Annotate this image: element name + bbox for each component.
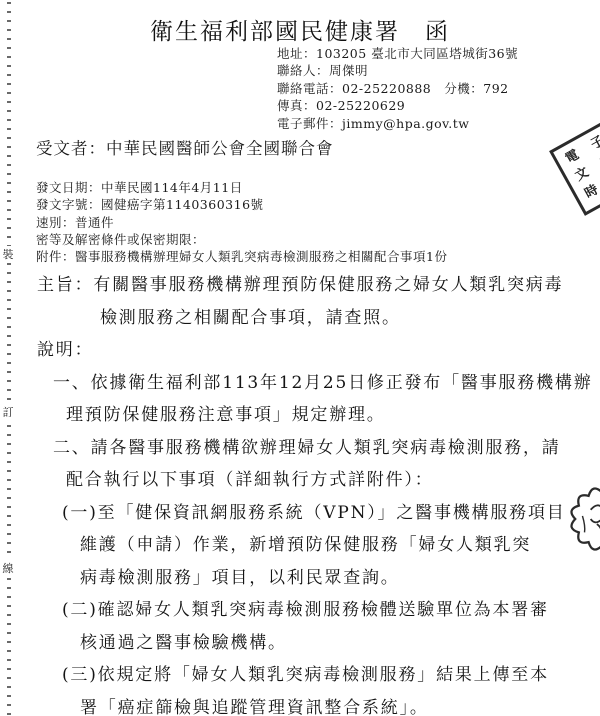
body-line: 理預防保健服務注意事項」規定辦理。 (0, 399, 600, 432)
body-line-subitem-3: (三)依規定將「婦女人類乳突病毒檢測服務」結果上傳至本 (0, 659, 600, 692)
electronic-exchange-stamp: 電文時 子交換 (549, 120, 600, 216)
meta-attachment: 附件：醫事服務機構辦理婦女人類乳突病毒檢測服務之相關配合事項1份 (36, 248, 447, 265)
body-line: 維護（申請）作業，新增預防保健服務「婦女人類乳突 (0, 529, 600, 562)
perforation-seal-icon (566, 483, 600, 555)
meta-issue-date: 發文日期：中華民國114年4月11日 (36, 179, 447, 196)
meta-security: 密等及解密條件或保密期限： (36, 231, 447, 248)
body-line: 病毒檢測服務」項目，以利民眾查詢。 (0, 562, 600, 595)
sender-fax: 傳真：02-25220629 (277, 97, 518, 114)
document-title: 衛生福利部國民健康署 函 (0, 13, 600, 46)
meta-speed: 速別：普通件 (36, 214, 447, 231)
body-line: 署「癌症篩檢與追蹤管理資訊整合系統」。 (0, 692, 600, 716)
meta-doc-number: 發文字號：國健癌字第1140360316號 (36, 196, 447, 213)
body-line-subitem-1: (一)至「健保資訊網服務系統（VPN）」之醫事機構服務項目 (0, 497, 600, 530)
sender-contact-person: 聯絡人：周傑明 (277, 62, 518, 79)
body-line-subject: 主旨：有關醫事服務機構辦理預防保健服務之婦女人類乳突病毒 (0, 269, 600, 302)
sender-email: 電子郵件：jimmy@hpa.gov.tw (277, 115, 518, 132)
letter-body: 主旨：有關醫事服務機構辦理預防保健服務之婦女人類乳突病毒 檢測服務之相關配合事項… (0, 269, 600, 716)
body-line: 檢測服務之相關配合事項，請查照。 (0, 302, 600, 335)
sender-phone: 聯絡電話：02-25220888 分機：792 (277, 80, 518, 97)
body-line-item-2: 二、請各醫事服務機構欲辦理婦女人類乳突病毒檢測服務，請 (0, 432, 600, 465)
body-line-explanation-label: 說明： (0, 334, 600, 367)
body-line-item-1: 一、依據衛生福利部113年12月25日修正發布「醫事服務機構辦 (0, 367, 600, 400)
sender-contact-block: 地址：103205 臺北市大同區塔城街36號 聯絡人：周傑明 聯絡電話：02-2… (277, 45, 518, 132)
body-line-subitem-2: (二)確認婦女人類乳突病毒檢測服務檢體送驗單位為本署審 (0, 594, 600, 627)
sender-address: 地址：103205 臺北市大同區塔城街36號 (277, 45, 518, 62)
body-line: 配合執行以下事項（詳細執行方式詳附件）： (0, 464, 600, 497)
binding-mark-zhuang: 裝 (0, 246, 16, 262)
document-meta-block: 發文日期：中華民國114年4月11日 發文字號：國健癌字第1140360316號… (36, 179, 447, 265)
official-letter-page: { "page": { "title": "衛生福利部國民健康署 函" }, "… (0, 0, 600, 716)
recipient-line: 受文者：中華民國醫師公會全國聯合會 (36, 135, 334, 159)
body-line: 核通過之醫事檢驗機構。 (0, 627, 600, 660)
